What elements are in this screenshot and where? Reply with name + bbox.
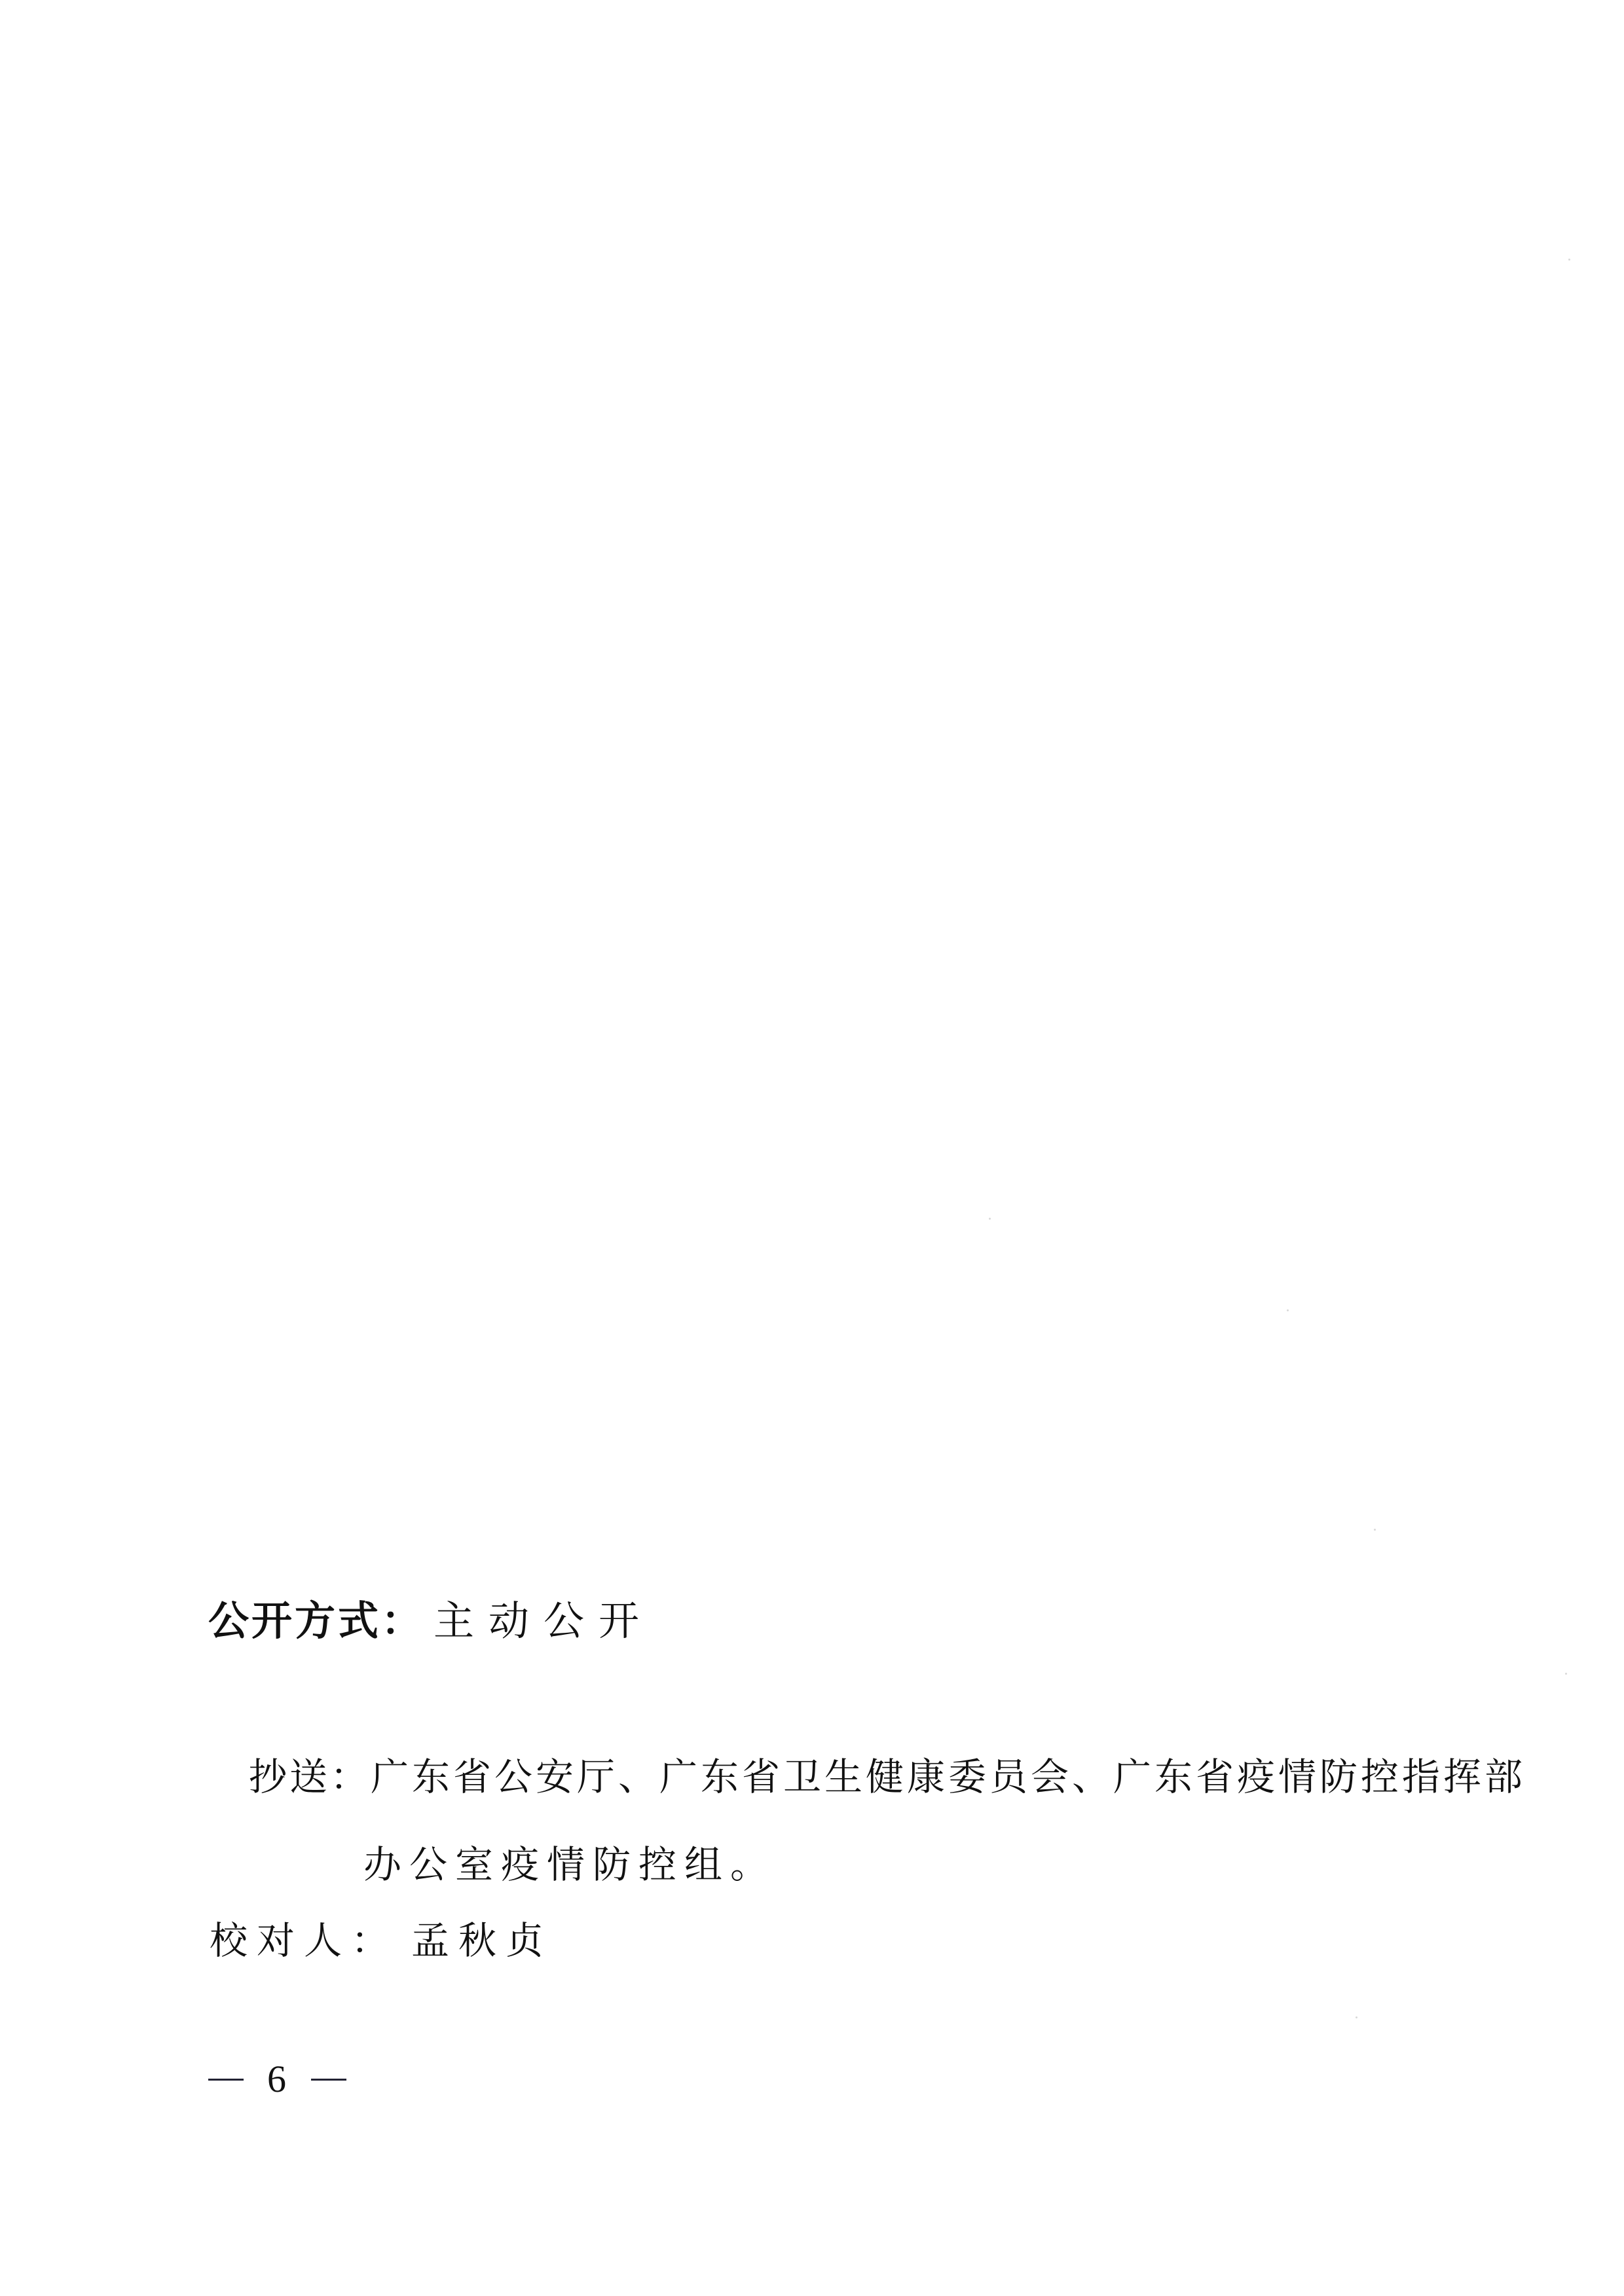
- proofreader: 校对人：孟秋贞: [210, 1917, 553, 1964]
- page-number-dash-left: [208, 2079, 244, 2081]
- scan-speck: [1287, 1309, 1289, 1311]
- page-number-dash-right: [311, 2079, 346, 2081]
- scan-speck: [1374, 1529, 1376, 1531]
- page-number-value: 6: [267, 2056, 286, 2103]
- scan-speck: [1568, 259, 1570, 261]
- disclosure-method: 公开方式：主动公开: [208, 1597, 654, 1645]
- document-page: 公开方式：主动公开 抄送：广东省公安厅、广东省卫生健康委员会、广东省疫情防控指挥…: [0, 0, 1624, 2296]
- cc-line-2: 办公室疫情防控组。: [363, 1841, 776, 1888]
- cc-recipients: 抄送：广东省公安厅、广东省卫生健康委员会、广东省疫情防控指挥部: [249, 1753, 1526, 1800]
- scan-speck: [1565, 1673, 1567, 1675]
- disclosure-value: 主动公开: [434, 1597, 654, 1645]
- cc-line-1: 广东省公安厅、广东省卫生健康委员会、广东省疫情防控指挥部: [371, 1755, 1526, 1799]
- proofreader-label: 校对人：: [210, 1918, 398, 1963]
- proofreader-name: 孟秋贞: [411, 1918, 553, 1963]
- cc-label: 抄送：: [249, 1755, 371, 1799]
- scan-speck: [1356, 2016, 1357, 2018]
- scan-speck: [989, 1218, 991, 1220]
- disclosure-label: 公开方式：: [208, 1597, 424, 1645]
- page-number: 6: [208, 2056, 346, 2103]
